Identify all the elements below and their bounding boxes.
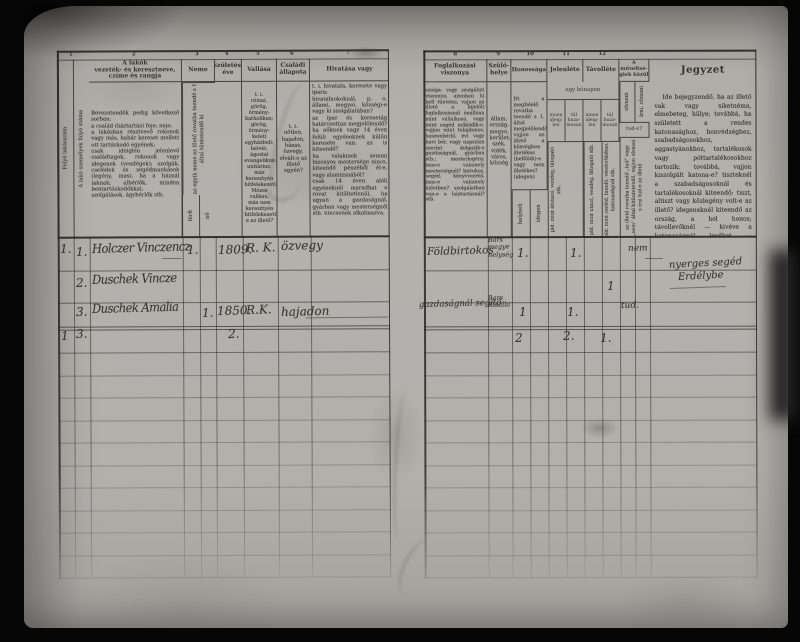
- row-grid-line: [424, 374, 757, 376]
- summary-szemelyek: 3.: [76, 327, 88, 341]
- muvelt-note: az illető rovatba teendő „tud” vagy „nem…: [620, 138, 650, 237]
- column-header-lakasszam: Folyó lakásszám: [57, 60, 74, 238]
- column-header-hivatasa: Hivatása vagy: [310, 58, 389, 81]
- entry-jelenlet: 1.: [570, 246, 582, 260]
- filler-stroke: [645, 258, 663, 259]
- entry-neme: 1.: [202, 306, 214, 320]
- scanner-edge-smudge: [770, 250, 796, 420]
- row-grid-line: [58, 328, 390, 330]
- foglalkozasi-instructions: szolga- vagy szolgálati viszonya, azonba…: [423, 82, 487, 237]
- row-grid-line: [424, 352, 757, 354]
- honos-sub-helybeli: helybeli: [512, 190, 530, 237]
- column-header-tavollete: Távolléte: [583, 59, 619, 82]
- entry-tavollet: 1: [607, 279, 615, 293]
- column-number: 3: [195, 51, 199, 57]
- jelen-sub-tul: túl huza- mosan: [565, 100, 583, 142]
- jelen-sub-innen: innen ideig- len: [547, 100, 565, 142]
- row-grid-line: [59, 531, 391, 533]
- neme-note: az egyik neme az illető rovatba teendő s…: [182, 82, 215, 195]
- row-grid-line: [424, 329, 757, 331]
- table-top-border: [423, 50, 756, 52]
- column-grid-line: [635, 237, 637, 577]
- szuletesi-empty: [215, 82, 243, 237]
- entry-name: Duschek Amalia: [92, 299, 179, 316]
- egy-honapon-band: egy hónapon: [547, 82, 619, 100]
- row-grid-line: [59, 554, 391, 556]
- entry-honossag: 1: [519, 305, 527, 319]
- row-grid-line: [58, 351, 390, 353]
- row-grid-line: [424, 326, 757, 328]
- column-grid-line: [620, 237, 622, 577]
- jelen-empty-cell: [566, 142, 584, 237]
- entry-occupation: Földbirtokos: [427, 244, 494, 258]
- row-grid-line: [59, 509, 391, 511]
- column-header-honossaga: Honossága: [511, 59, 547, 82]
- column-header-jelenlete: Jelenléte: [547, 59, 583, 82]
- hivatasa-instructions: t. i. hivatala, keresete vagy ipara; hiv…: [310, 81, 390, 236]
- muvelt-sub-olvasni: olvasni: [619, 82, 634, 122]
- column-grid-line: [243, 237, 245, 577]
- muvelt-tud-band: tud-e?: [619, 122, 649, 138]
- column-grid-line: [216, 237, 218, 577]
- row-grid-line: [425, 532, 758, 534]
- column-header-szuletesi: Születési éve: [215, 59, 242, 82]
- entry-name: Duschek Vincze: [92, 270, 177, 287]
- entry-honossag: 1.: [517, 246, 529, 260]
- column-grid-line: [512, 237, 514, 577]
- column-header-neme: Neme: [182, 59, 215, 82]
- column-header-szulohelye: Szülő- helye: [487, 59, 511, 82]
- filler-stroke: [162, 258, 182, 259]
- column-header-jegyzet: Jegyzet: [649, 59, 756, 82]
- muvelt-sub-irni-olvasni: írni, olvasni: [634, 82, 649, 122]
- column-number: 12: [598, 51, 606, 57]
- entry-jelenlet: 1.: [567, 305, 579, 319]
- entry-neme: 1.: [187, 243, 199, 257]
- right-page-table: 8 9 10 11 12 Foglalkozási viszonya szolg…: [423, 50, 757, 579]
- column-grid-line: [530, 237, 532, 577]
- row-grid-line: [58, 325, 390, 327]
- column-grid-line: [566, 237, 568, 577]
- entry-literacy: nem: [628, 243, 648, 254]
- summary-honos: 2: [515, 331, 523, 345]
- row-grid-line: [58, 396, 390, 398]
- row-grid-line: [425, 509, 758, 511]
- column-header-nev: A lakók vezeték- és keresztneve, czíme é…: [89, 59, 182, 82]
- summary-jelen: 2.: [563, 329, 575, 343]
- column-number: 1: [69, 52, 73, 58]
- row-grid-line: [424, 442, 757, 444]
- tavol-sub-tul: túl huza- mosan: [601, 100, 619, 142]
- column-grid-line: [650, 237, 652, 577]
- summary-lakas: 1: [61, 329, 69, 343]
- row-grid-line: [424, 464, 757, 466]
- column-header-foglalkozasi: Foglalkozási viszonya: [423, 59, 487, 82]
- honossaga-instructions: Itt a megfelelő rovatba teendő s 1. álta…: [511, 82, 547, 190]
- entry-marital-status: özvegy: [281, 238, 323, 253]
- column-grid-line: [199, 237, 201, 577]
- entry-religion: R.K.: [246, 302, 272, 317]
- column-grid-line: [602, 237, 604, 577]
- column-number: 2: [132, 51, 136, 57]
- column-number: 11: [562, 51, 570, 57]
- jegyzet-instructions: Ide bejegyzendő, ha az illető vak vagy s…: [649, 82, 756, 237]
- entry-szemelyszam: 2.: [76, 276, 88, 290]
- column-header-csaladi: Családi állapota: [277, 59, 310, 82]
- table-top-border: [57, 49, 389, 52]
- row-grid-line: [424, 487, 757, 489]
- entry-birthplace: Bars Kisálla: [488, 294, 511, 310]
- column-header-muveltek: A műveltsé- giek közül: [619, 59, 649, 82]
- scanned-census-sheet: 1 2 3 4 5 6 7 Folyó lakásszám A lakó sze…: [0, 0, 800, 642]
- column-header-szemelyek: A lakó személyek folyó száma: [73, 60, 90, 238]
- column-number: 9: [496, 51, 500, 57]
- column-number: 10: [526, 51, 534, 57]
- column-header-vallasa: Vallása: [242, 59, 277, 82]
- column-grid-line: [311, 237, 313, 577]
- column-grid-line: [488, 237, 490, 577]
- entry-religion: R. K.: [246, 240, 276, 255]
- nev-instructions: Bevezetendők pedig következő sorban: a c…: [89, 82, 183, 237]
- column-number: 5: [256, 51, 260, 57]
- column-number: 4: [225, 51, 229, 57]
- tavol-sub-innen: innen ideig- len: [583, 100, 601, 142]
- summary-tavol: 1.: [600, 331, 612, 345]
- row-grid-line: [425, 554, 758, 556]
- column-number: 7: [346, 50, 350, 56]
- row-grid-line: [58, 419, 390, 421]
- entry-lakasszam: 1.: [60, 242, 72, 256]
- row-grid-line: [59, 464, 391, 466]
- honos-sub-idegen: idegen: [530, 190, 548, 237]
- entry-name: Holczer Vinczencz: [92, 238, 190, 256]
- entry-literacy: tud.: [621, 301, 639, 311]
- column-number: 6: [290, 51, 294, 57]
- entry-birthplace: Bars megye helység: [488, 236, 514, 259]
- jelen-example-note: pld. mint átutazó, vendég, látogató stb.: [548, 142, 566, 237]
- entry-szemelyszam: 3.: [76, 305, 88, 319]
- column-grid-line: [278, 237, 280, 577]
- tavol-example-note-2: pld. mint cseléd, tanuló, vándorlásban, …: [602, 142, 620, 237]
- row-grid-line: [424, 397, 757, 399]
- neme-sub-ferfi: férfi: [182, 195, 199, 237]
- column-grid-line: [548, 237, 550, 577]
- szulohelye-instructions: állam, ország, megye, kerület, szék, vid…: [487, 82, 511, 237]
- column-number: 8: [453, 51, 457, 57]
- tavol-example-note-1: pld. mint utazó, vendég, látogató stb.: [584, 142, 602, 237]
- entry-szemelyszam: 1.: [76, 245, 88, 259]
- column-grid-line: [183, 237, 185, 577]
- row-grid-line: [424, 419, 757, 421]
- summary-ev: 2.: [228, 327, 240, 341]
- row-grid-line: [58, 374, 390, 376]
- column-grid-line: [584, 237, 586, 577]
- column-grid-line: [90, 238, 92, 578]
- row-grid-line: [59, 441, 391, 443]
- neme-sub-no: nő: [199, 195, 216, 237]
- row-grid-line: [59, 486, 391, 488]
